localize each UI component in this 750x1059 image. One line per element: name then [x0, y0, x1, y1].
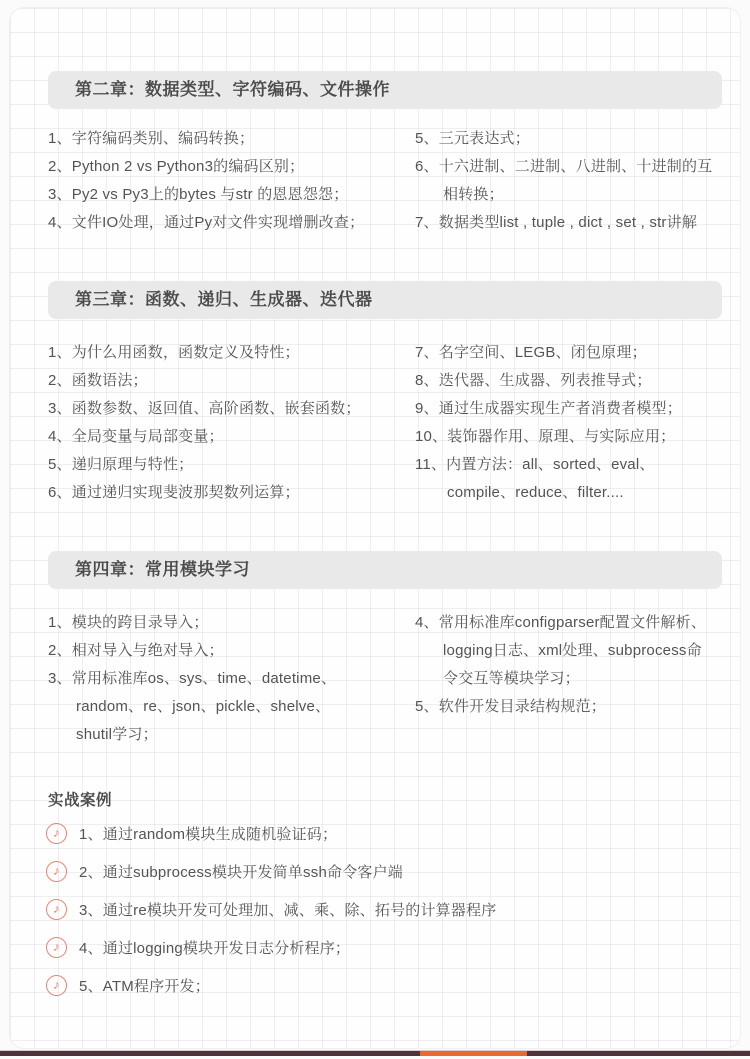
list-item: 3、常用标准库os、sys、time、datetime、 [48, 665, 415, 693]
case-row: ♪ 5、ATM程序开发； [46, 973, 722, 997]
chapter4-list-left: 1、模块的跨目录导入； 2、相对导入与绝对导入； 3、常用标准库os、sys、t… [48, 609, 415, 749]
music-note-icon: ♪ [45, 859, 69, 883]
list-item: 5、软件开发目录结构规范； [415, 693, 722, 721]
list-item: 9、通过生成器实现生产者消费者模型； [415, 395, 722, 423]
list-item: 5、三元表达式； [415, 125, 722, 153]
footer-bar-highlight [420, 1051, 527, 1056]
chapter3-list-right: 7、名字空间、LEGB、闭包原理； 8、迭代器、生成器、列表推导式； 9、通过生… [415, 339, 722, 507]
chapter2-list-right: 5、三元表达式； 6、十六进制、二进制、八进制、十进制的互相转换； 7、数据类型… [415, 125, 722, 237]
list-item: 2、Python 2 vs Python3的编码区别； [48, 153, 415, 181]
case-row: ♪ 3、通过re模块开发可处理加、减、乘、除、拓号的计算器程序 [46, 897, 722, 921]
case-text: 1、通过random模块生成随机验证码； [79, 823, 337, 844]
chapter2-list-left: 1、字符编码类别、编码转换； 2、Python 2 vs Python3的编码区… [48, 125, 415, 237]
list-item: 8、迭代器、生成器、列表推导式； [415, 367, 722, 395]
case-text: 2、通过subprocess模块开发简单ssh命令客户端 [79, 861, 403, 882]
list-item: 7、数据类型list , tuple , dict , set , str讲解 [415, 209, 722, 237]
case-text: 3、通过re模块开发可处理加、减、乘、除、拓号的计算器程序 [79, 899, 496, 920]
case-text: 5、ATM程序开发； [79, 975, 210, 996]
page: { "chapter2": { "title": "第二章：数据类型、字符编码、… [0, 0, 750, 1059]
chapter4-list: 1、模块的跨目录导入； 2、相对导入与绝对导入； 3、常用标准库os、sys、t… [48, 609, 722, 749]
list-item-continuation: logging日志、xml处理、subprocess命 [415, 637, 722, 665]
list-item: 3、函数参数、返回值、高阶函数、嵌套函数； [48, 395, 415, 423]
list-item: 4、文件IO处理，通过Py对文件实现增删改查； [48, 209, 415, 237]
chapter3-list: 1、为什么用函数，函数定义及特性； 2、函数语法； 3、函数参数、返回值、高阶函… [48, 339, 722, 507]
list-item: 6、十六进制、二进制、八进制、十进制的互相转换； [415, 153, 722, 209]
list-item-continuation: compile、reduce、filter.... [415, 479, 722, 507]
footer-bar [0, 1051, 750, 1056]
list-item: 3、Py2 vs Py3上的bytes 与str 的恩恩怨怨； [48, 181, 415, 209]
case-row: ♪ 1、通过random模块生成随机验证码； [46, 821, 722, 845]
list-item: 2、相对导入与绝对导入； [48, 637, 415, 665]
list-item: 7、名字空间、LEGB、闭包原理； [415, 339, 722, 367]
chapter3-heading: 第三章：函数、递归、生成器、迭代器 [48, 281, 722, 319]
list-item-continuation: shutil学习； [48, 721, 415, 749]
list-item: 2、函数语法； [48, 367, 415, 395]
list-item: 6、通过递归实现斐波那契数列运算； [48, 479, 415, 507]
music-note-icon: ♪ [45, 973, 69, 997]
list-item: 1、为什么用函数，函数定义及特性； [48, 339, 415, 367]
cases-heading: 实战案例 [48, 790, 112, 812]
list-item-continuation: random、re、json、pickle、shelve、 [48, 693, 415, 721]
music-note-icon: ♪ [45, 935, 69, 959]
cases-list: ♪ 1、通过random模块生成随机验证码； ♪ 2、通过subprocess模… [46, 821, 722, 1011]
chapter2-list: 1、字符编码类别、编码转换； 2、Python 2 vs Python3的编码区… [48, 125, 722, 237]
music-note-icon: ♪ [45, 821, 69, 845]
list-item: 4、常用标准库configparser配置文件解析、 [415, 609, 722, 637]
chapter2-heading: 第二章：数据类型、字符编码、文件操作 [48, 71, 722, 109]
chapter4-heading: 第四章：常用模块学习 [48, 551, 722, 589]
case-text: 4、通过logging模块开发日志分析程序； [79, 937, 350, 958]
chapter3-list-left: 1、为什么用函数，函数定义及特性； 2、函数语法； 3、函数参数、返回值、高阶函… [48, 339, 415, 507]
music-note-icon: ♪ [45, 897, 69, 921]
chapter4-list-right: 4、常用标准库configparser配置文件解析、 logging日志、xml… [415, 609, 722, 749]
case-row: ♪ 4、通过logging模块开发日志分析程序； [46, 935, 722, 959]
list-item-continuation: 令交互等模块学习； [415, 665, 722, 693]
list-item: 4、全局变量与局部变量； [48, 423, 415, 451]
list-item: 1、字符编码类别、编码转换； [48, 125, 415, 153]
list-item: 5、递归原理与特性； [48, 451, 415, 479]
case-row: ♪ 2、通过subprocess模块开发简单ssh命令客户端 [46, 859, 722, 883]
list-item: 1、模块的跨目录导入； [48, 609, 415, 637]
list-item: 11、内置方法：all、sorted、eval、 [415, 451, 722, 479]
list-item: 10、装饰器作用、原理、与实际应用； [415, 423, 722, 451]
document-card: 第二章：数据类型、字符编码、文件操作 1、字符编码类别、编码转换； 2、Pyth… [10, 8, 740, 1048]
